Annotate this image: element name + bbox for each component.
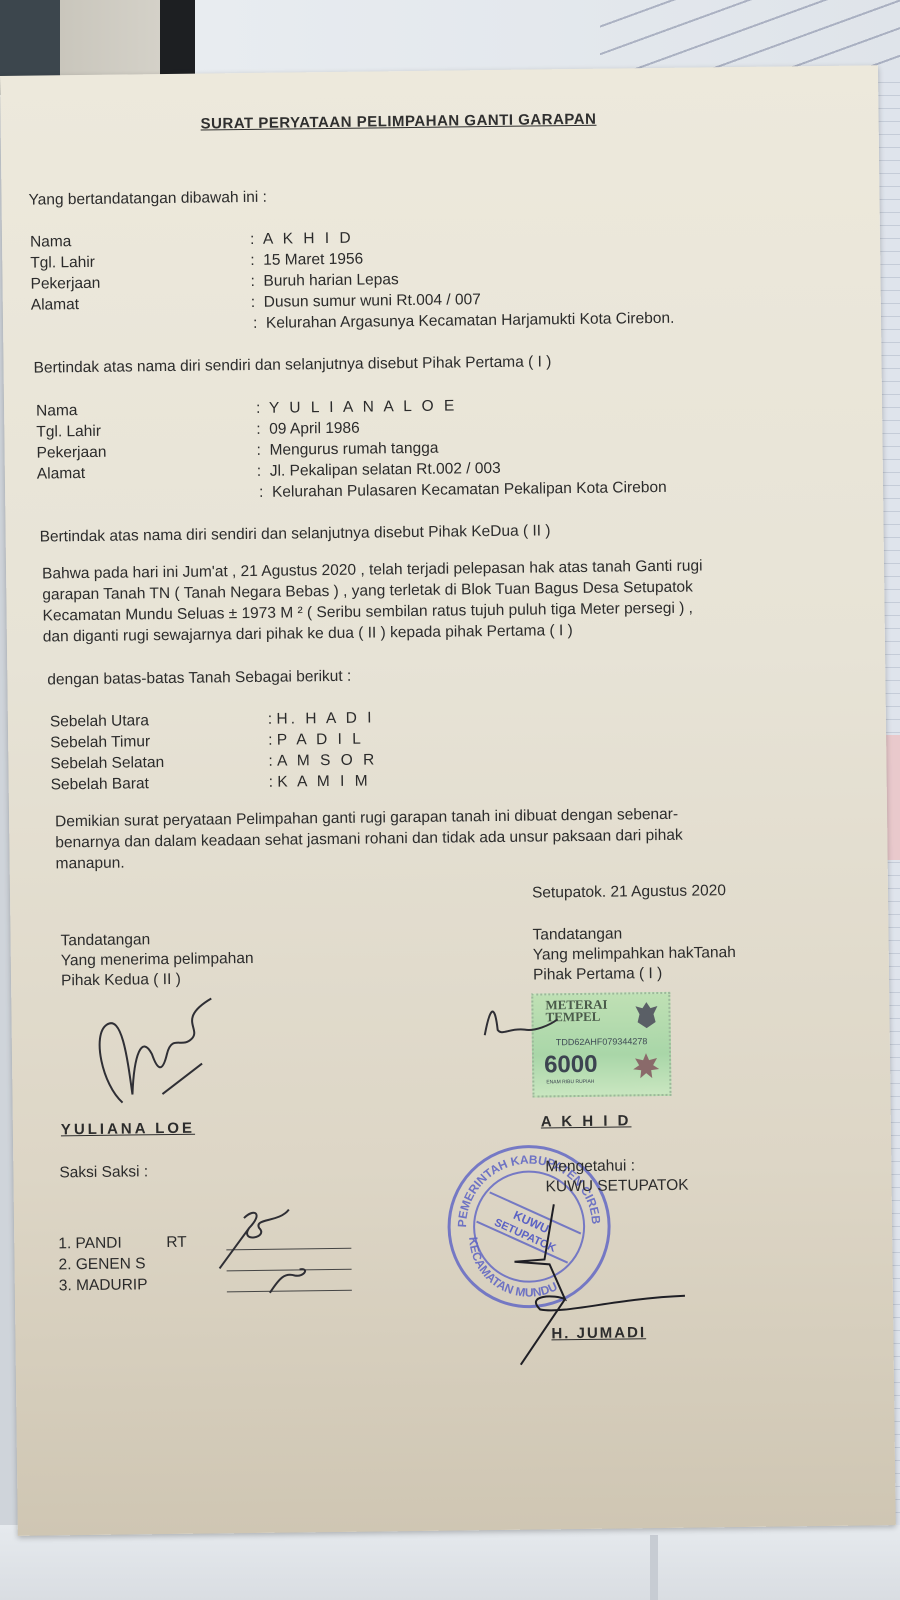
signature-yuliana-icon [81,993,232,1115]
field-value: : Kelurahan Argasunya Kecamatan Harjamuk… [253,310,675,333]
intro-text: Yang bertandatangan dibawah ini : [28,189,267,210]
witnesses-label: Saksi Saksi : [59,1163,148,1182]
field-value: : 09 April 1986 [256,420,360,439]
field-label: Alamat [31,296,79,315]
field-label: Tgl. Lahir [36,423,101,442]
boundary-label: Sebelah Selatan [50,754,164,773]
field-label: Pekerjaan [37,444,107,463]
signer-left-name: YULIANA LOE [61,1120,195,1139]
signer-left-line: Pihak Kedua ( II ) [61,969,254,991]
boundary-label: Sebelah Utara [50,712,149,731]
background-paper-bottom [0,1525,900,1600]
stamp-serial: TDD62AHF079344278 [556,1036,648,1047]
signer-right-block: Tandatangan Yang melimpahkan hakTanah Pi… [532,923,736,985]
place-date: Setupatok. 21 Agustus 2020 [532,882,726,902]
boundaries-intro: dengan batas-batas Tanah Sebagai berikut… [47,668,351,690]
boundary-value: : A M S O R [268,751,377,770]
party1-statement: Bertindak atas nama diri sendiri dan sel… [33,353,551,377]
boundary-value: : K A M I M [269,773,371,792]
field-value: : Kelurahan Pulasaren Kecamatan Pekalipa… [259,479,667,502]
field-label: Pekerjaan [30,275,100,294]
garuda-emblem-icon [633,1000,659,1030]
party2-statement: Bertindak atas nama diri sendiri dan sel… [40,522,551,546]
witness-name: 3. MADURIP [59,1276,148,1295]
signer-left-block: Tandatangan Yang menerima pelimpahan Pih… [60,929,253,991]
field-value: : Y U L I A N A L O E [256,397,457,417]
signer-left-line: Yang menerima pelimpahan [61,949,254,971]
field-value: : Buruh harian Lepas [250,271,398,291]
signer-right-line: Tandatangan [532,923,735,945]
boundary-label: Sebelah Barat [51,775,149,794]
background-binder-edge [650,1535,658,1600]
field-label: Alamat [37,465,85,484]
boundary-label: Sebelah Timur [50,733,150,752]
document-paper: SURAT PERYATAAN PELIMPAHAN GANTI GARAPAN… [0,65,896,1536]
field-label: Nama [30,233,72,252]
witness-name: 2. GENEN S [58,1255,145,1274]
field-value: : 15 Maret 1956 [250,251,363,270]
closing-paragraph: Demikian surat peryataan Pelimpahan gant… [55,804,683,875]
agreement-paragraph: Bahwa pada hari ini Jum'at , 21 Agustus … [42,555,703,647]
field-value: : Dusun sumur wuni Rt.004 / 007 [251,291,481,312]
signer-left-line: Tandatangan [60,929,253,951]
signature-akhid-icon [479,989,560,1040]
field-label: Nama [36,402,78,421]
signer-right-line: Yang melimpahkan hakTanah [533,943,736,965]
signer-right-line: Pihak Pertama ( I ) [533,963,736,985]
stamp-flower-icon [632,1052,660,1080]
field-value: : A K H I D [250,230,354,249]
boundary-value: : H. H A D I [268,709,375,728]
witness-role: RT [166,1234,187,1252]
stamp-value-words: ENAM RIBU RUPIAH [546,1079,594,1086]
document-title: SURAT PERYATAAN PELIMPAHAN GANTI GARAPAN [200,111,596,133]
stamp-value: 6000 [544,1051,598,1080]
witness-name: 1. PANDI [58,1235,122,1254]
field-value: : Jl. Pekalipan selatan Rt.002 / 003 [257,460,501,481]
field-value: : Mengurus rumah tangga [256,440,438,460]
field-label: Tgl. Lahir [30,254,95,273]
witness-signatures-icon [209,1197,330,1298]
signer-right-name: A K H I D [541,1112,632,1130]
acknowledgement-name: H. JUMADI [551,1324,646,1342]
signature-jumadi-icon [494,1198,696,1370]
acknowledgement-block: Mengetahui : KUWU SETUPATOK [545,1156,688,1198]
acknowledgement-office: KUWU SETUPATOK [545,1176,688,1198]
acknowledgement-label: Mengetahui : [545,1156,688,1178]
boundary-value: : P A D I L [268,731,364,750]
